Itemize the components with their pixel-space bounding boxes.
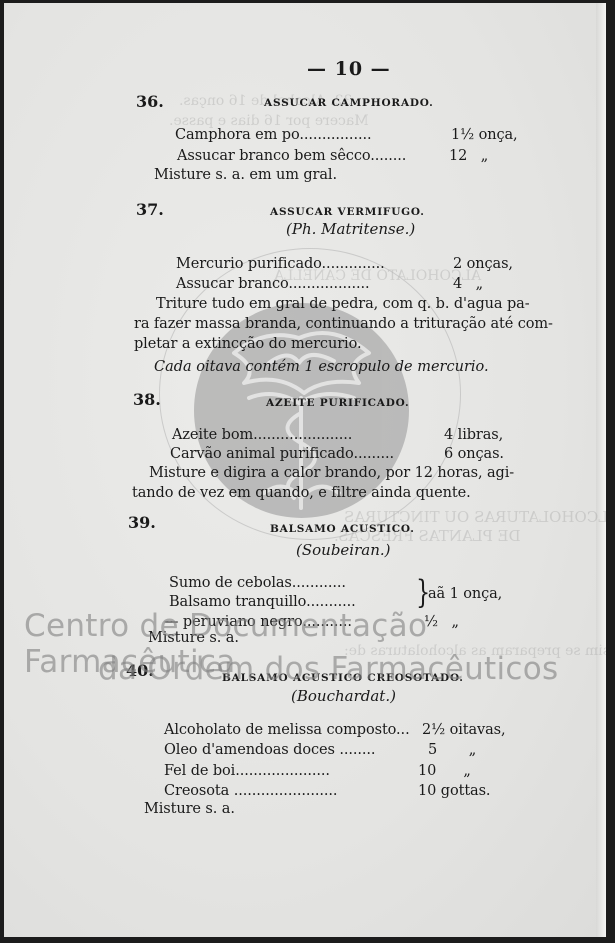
leader-dots: ................	[299, 127, 371, 143]
instruction-line: pletar a extincção do mercurio.	[134, 336, 361, 352]
quantity: 10	[418, 763, 436, 779]
unit: gottas.	[441, 783, 491, 799]
ingredient-line: Fel de boi.....................	[164, 763, 330, 779]
ingredient-line: Azeite bom......................	[172, 427, 352, 443]
instruction-line: tando de vez em quando, e filtre ainda q…	[132, 485, 471, 501]
entry-number: 37.	[136, 200, 164, 219]
ingredient-qty: 2 onças,	[453, 256, 513, 272]
entry-source: (Soubeiran.)	[296, 541, 391, 559]
brace-quantity: aã 1 onça,	[428, 586, 502, 602]
entry-number: 36.	[136, 92, 164, 111]
ingredient-qty: 1½ onça,	[451, 127, 518, 143]
watermark-line-2: da Ordem dos Farmacêuticos	[98, 651, 558, 687]
ingredient-line: Creosota .......................	[164, 783, 337, 799]
ingredient-qty: 10 „	[418, 763, 471, 779]
ingredient-line: Mercurio purificado..............	[176, 256, 385, 272]
entry-title: BALSAMO ACUSTICO.	[270, 523, 415, 535]
ingredient-line: Camphora em po................	[175, 127, 371, 143]
unit: oitavas,	[450, 722, 506, 738]
unit: „	[469, 742, 476, 758]
quantity: 2½	[422, 722, 445, 738]
leader-dots: ........	[339, 742, 375, 758]
ingredient-name: Azeite bom	[172, 427, 253, 443]
ingredient-line: Assucar branco..................	[176, 276, 370, 292]
leader-dots: ............	[292, 575, 346, 591]
ingredient-name: Mercurio purificado	[176, 256, 322, 272]
quantity: 1½	[451, 127, 474, 143]
unit: onça,	[479, 127, 518, 143]
ingredient-qty: 10 gottas.	[418, 783, 490, 799]
quantity: 12	[449, 148, 467, 164]
ingredient-line: Carvão animal purificado.........	[170, 446, 394, 462]
ingredient-name: Fel de boi	[164, 763, 235, 779]
leader-dots: ...	[396, 722, 410, 738]
quantity: 2	[453, 256, 462, 272]
ingredient-qty: 5 „	[428, 742, 476, 758]
entry-title: ASSUCAR VERMIFUGO.	[270, 206, 425, 218]
quantity: 6	[444, 446, 453, 462]
ingredient-name: Assucar branco bem sêcco	[177, 148, 370, 164]
instruction-line: ra fazer massa branda, continuando a tri…	[134, 316, 553, 332]
unit: onças.	[458, 446, 504, 462]
instruction-line: Misture s. a. em um gral.	[154, 167, 337, 183]
leader-dots: .......................	[234, 783, 338, 799]
leader-dots: .....................	[235, 763, 330, 779]
ingredient-name: Oleo d'amendoas doces	[164, 742, 335, 758]
ingredient-qty: 2½ oitavas,	[422, 722, 506, 738]
instruction-line: Triture tudo em gral de pedra, com q. b.…	[156, 296, 530, 312]
leader-dots: ........	[370, 148, 406, 164]
leader-dots: ..................	[288, 276, 369, 292]
quantity: 10	[418, 783, 436, 799]
unit: „	[481, 148, 488, 164]
ingredient-name: Sumo de cebolas	[169, 575, 292, 591]
ingredient-name: Assucar branco	[176, 276, 288, 292]
ingredient-qty: 4 „	[453, 276, 483, 292]
entry-title: ASSUCAR CAMPHORADO.	[264, 97, 434, 109]
quantity: 5	[428, 742, 437, 758]
ingredient-line: Sumo de cebolas............	[169, 575, 346, 591]
page-number: — 10 —	[307, 58, 391, 80]
ingredient-qty: 4 libras,	[444, 427, 503, 443]
entry-number: 39.	[128, 513, 156, 532]
ingredient-line: Assucar branco bem sêcco........	[177, 148, 406, 164]
quantity: 4	[444, 427, 453, 443]
ingredient-name: Alcoholato de melissa composto	[164, 722, 396, 738]
ingredient-line: Alcoholato de melissa composto...	[164, 722, 410, 738]
unit: „	[476, 276, 483, 292]
entry-note: Cada oitava contém 1 escropulo de mercur…	[154, 359, 489, 375]
ingredient-qty: 12 „	[449, 148, 488, 164]
ingredient-name: Carvão animal purificado	[170, 446, 353, 462]
ingredient-name: Camphora em po	[175, 127, 299, 143]
entry-title: AZEITE PURIFICADO.	[266, 397, 409, 409]
entry-number: 38.	[133, 390, 161, 409]
ingredient-qty: 6 onças.	[444, 446, 504, 462]
unit: libras,	[458, 427, 503, 443]
leader-dots: ..............	[322, 256, 385, 272]
instruction-line: Misture e digira a calor brando, por 12 …	[149, 465, 514, 481]
ingredient-name: Creosota	[164, 783, 229, 799]
leader-dots: ......................	[253, 427, 352, 443]
quantity: 4	[453, 276, 462, 292]
unit: „	[463, 763, 470, 779]
instruction-line: Misture s. a.	[144, 801, 235, 817]
entry-source: (Ph. Matritense.)	[286, 220, 415, 238]
book-page: 32. Alcohol de 16 onças. Macere por 16 d…	[4, 3, 606, 937]
entry-source: (Bouchardat.)	[291, 687, 396, 705]
unit: onças,	[467, 256, 513, 272]
leader-dots: .........	[353, 446, 394, 462]
ingredient-line: Oleo d'amendoas doces ........	[164, 742, 375, 758]
